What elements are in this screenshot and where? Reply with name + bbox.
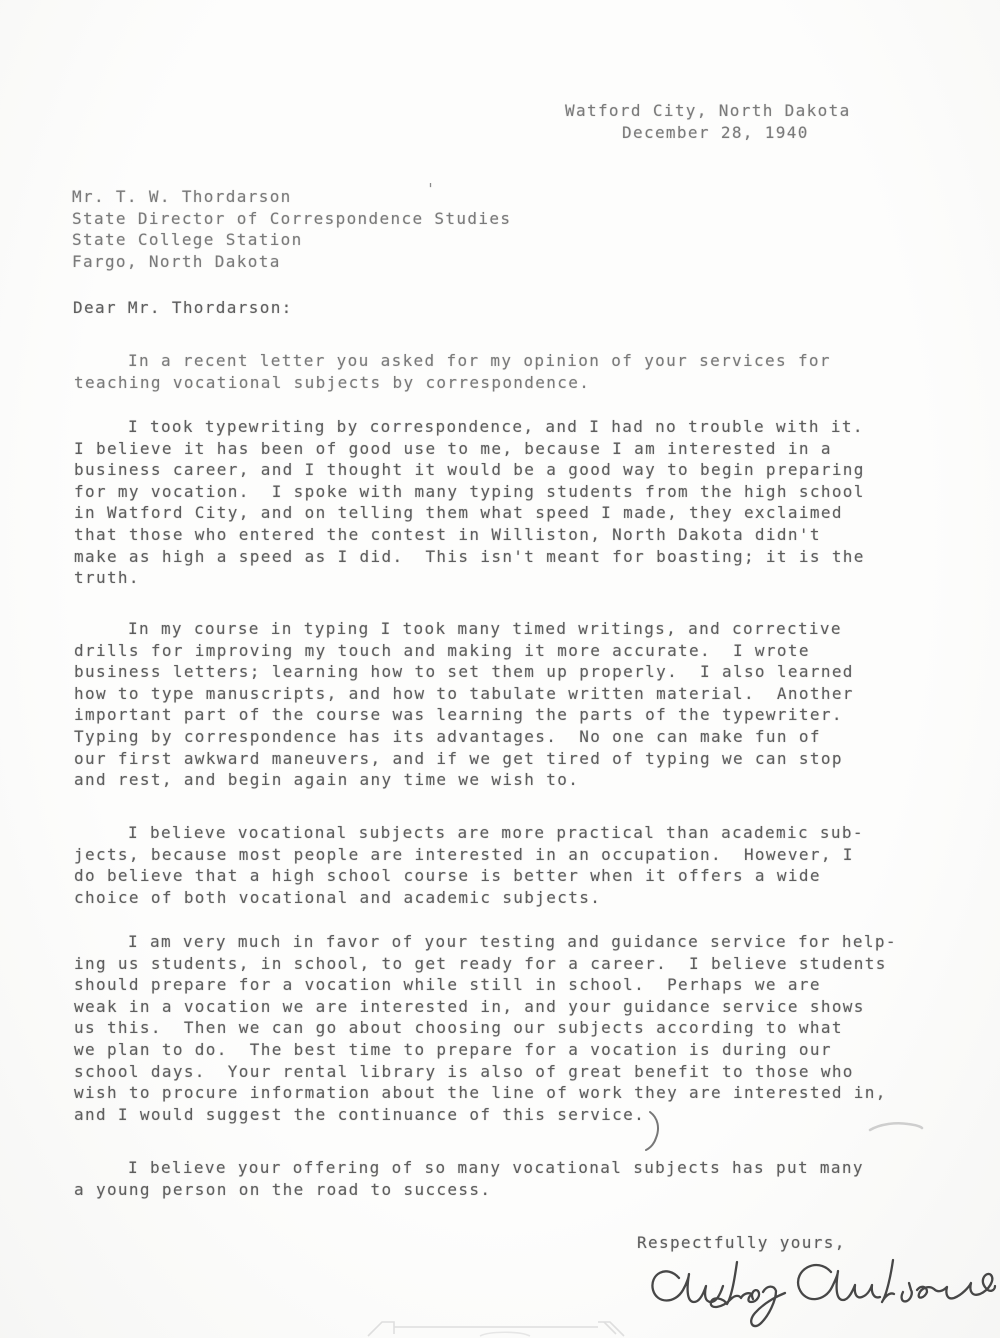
text-line: December 28, 1940 xyxy=(565,122,851,144)
text-line: I am very much in favor of your testing … xyxy=(74,931,897,953)
text-line: a young person on the road to success. xyxy=(74,1179,864,1201)
text-line: how to type manuscripts, and how to tabu… xyxy=(74,683,854,705)
paragraph-5: I am very much in favor of your testing … xyxy=(74,931,897,1125)
text-line: and I would suggest the continuance of t… xyxy=(74,1104,897,1126)
text-line: State College Station xyxy=(72,229,511,251)
text-line: truth. xyxy=(74,567,865,589)
text-line: I believe it has been of good use to me,… xyxy=(74,438,865,460)
text-line: we plan to do. The best time to prepare … xyxy=(74,1039,897,1061)
recipient-address: Mr. T. W. ThordarsonState Director of Co… xyxy=(72,186,511,272)
text-line: Mr. T. W. Thordarson xyxy=(72,186,511,208)
text-line: weak in a vocation we are interested in,… xyxy=(74,996,897,1018)
text-line: that those who entered the contest in Wi… xyxy=(74,524,865,546)
text-line: for my vocation. I spoke with many typin… xyxy=(74,481,865,503)
paragraph-4: I believe vocational subjects are more p… xyxy=(74,822,864,908)
closing: Respectfully yours, xyxy=(637,1232,846,1254)
signature-handwriting xyxy=(645,1252,997,1330)
paragraph-3: In my course in typing I took many timed… xyxy=(74,618,854,791)
paragraph-6: I believe your offering of so many vocat… xyxy=(74,1157,864,1200)
text-line: drills for improving my touch and making… xyxy=(74,640,854,662)
dateline: Watford City, North DakotaDecember 28, 1… xyxy=(565,100,851,143)
text-line: school days. Your rental library is also… xyxy=(74,1061,897,1083)
text-line: our first awkward maneuvers, and if we g… xyxy=(74,748,854,770)
text-line: should prepare for a vocation while stil… xyxy=(74,974,897,996)
pencil-smudge-mark xyxy=(868,1118,924,1136)
text-line: in Watford City, and on telling them wha… xyxy=(74,502,865,524)
text-line: us this. Then we can go about choosing o… xyxy=(74,1017,897,1039)
text-line: State Director of Correspondence Studies xyxy=(72,208,511,230)
text-line: choice of both vocational and academic s… xyxy=(74,887,864,909)
text-line: Typing by correspondence has its advanta… xyxy=(74,726,854,748)
letter-page: ' Watford City, North DakotaDecember 28,… xyxy=(0,0,1000,1338)
text-line: I took typewriting by correspondence, an… xyxy=(74,416,865,438)
text-line: and rest, and begin again any time we wi… xyxy=(74,769,854,791)
paragraph-2: I took typewriting by correspondence, an… xyxy=(74,416,865,589)
text-line: I believe your offering of so many vocat… xyxy=(74,1157,864,1179)
text-line: jects, because most people are intereste… xyxy=(74,844,864,866)
scanner-artifact xyxy=(360,1314,660,1338)
text-line: Fargo, North Dakota xyxy=(72,251,511,273)
text-line: make as high a speed as I did. This isn'… xyxy=(74,546,865,568)
text-line: wish to procure information about the li… xyxy=(74,1082,897,1104)
paragraph-1: In a recent letter you asked for my opin… xyxy=(74,350,831,393)
text-line: business letters; learning how to set th… xyxy=(74,661,854,683)
text-line: In my course in typing I took many timed… xyxy=(74,618,854,640)
text-line: Watford City, North Dakota xyxy=(565,100,851,122)
text-line: business career, and I thought it would … xyxy=(74,459,865,481)
text-line: In a recent letter you asked for my opin… xyxy=(74,350,831,372)
text-line: important part of the course was learnin… xyxy=(74,704,854,726)
pen-stroke-mark xyxy=(642,1110,668,1152)
text-line: do believe that a high school course is … xyxy=(74,865,864,887)
text-line: I believe vocational subjects are more p… xyxy=(74,822,864,844)
text-line: teaching vocational subjects by correspo… xyxy=(74,372,831,394)
text-line: ing us students, in school, to get ready… xyxy=(74,953,897,975)
salutation: Dear Mr. Thordarson: xyxy=(73,297,293,319)
